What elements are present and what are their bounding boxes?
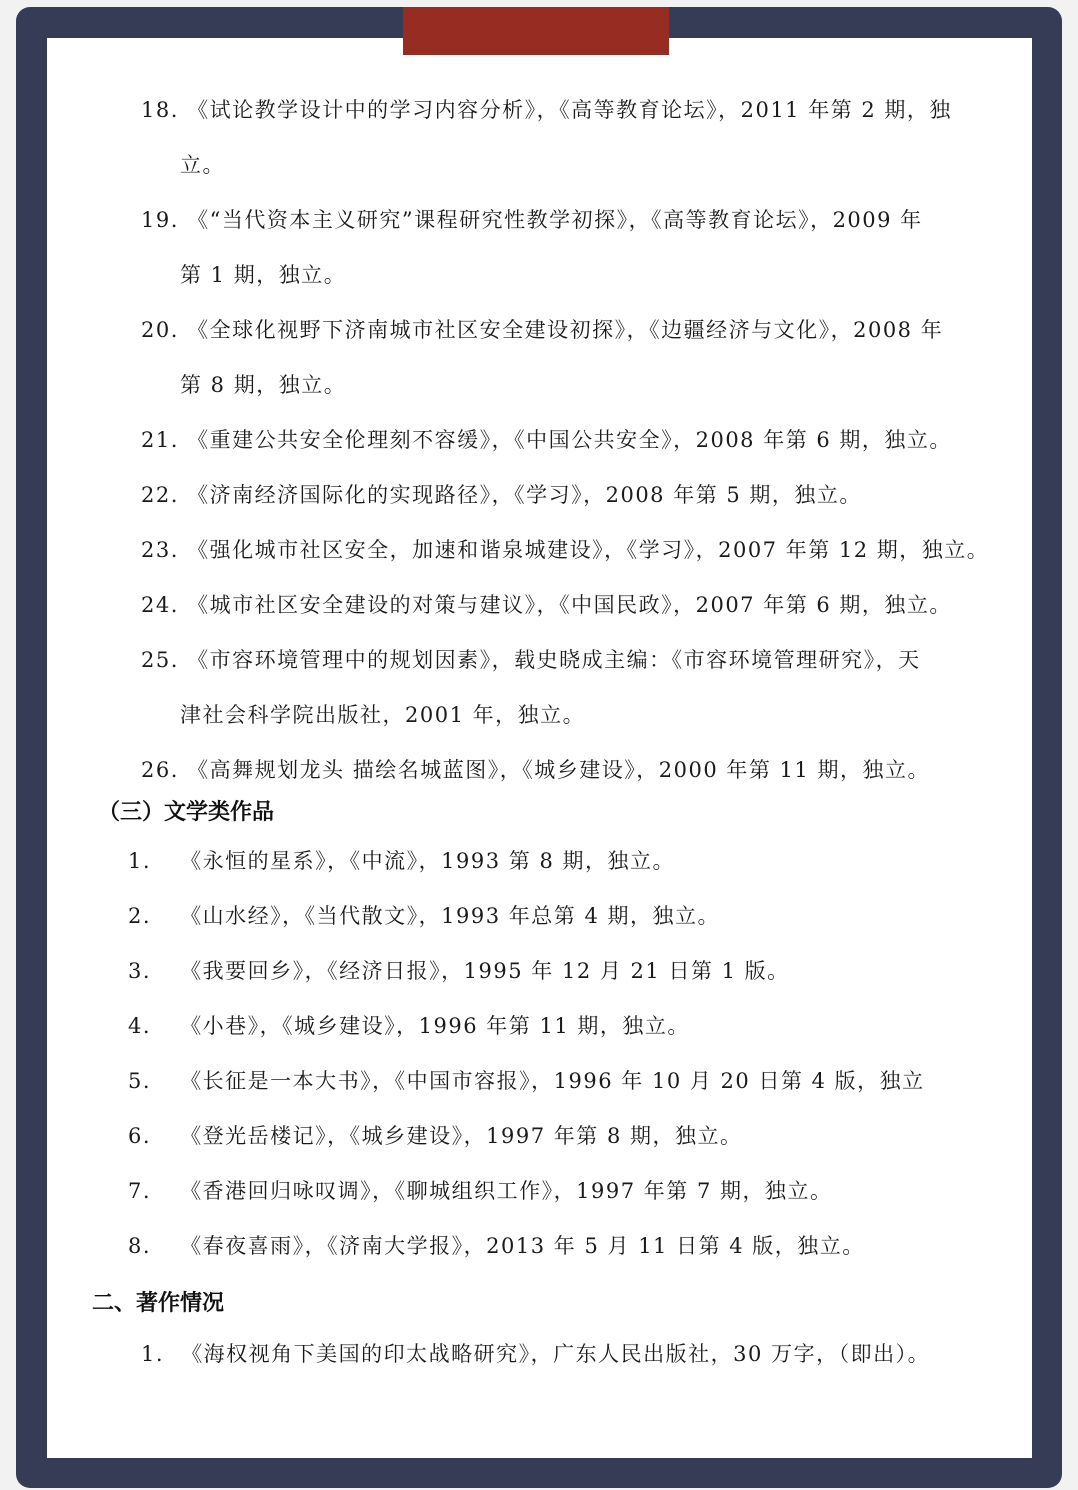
literary-item-7: 7. 《香港回归咏叹调》，《聊城组织工作》，1997 年第 7 期，独立。 — [128, 1178, 833, 1204]
paper-item-21: 21. 《重建公共安全伦理刻不容缓》，《中国公共安全》，2008 年第 6 期，… — [141, 427, 952, 453]
section-heading-books: 二、著作情况 — [92, 1290, 224, 1318]
paper-item-26: 26. 《高舞规划龙头 描绘名城蓝图》，《城乡建设》，2000 年第 11 期，… — [141, 757, 930, 783]
paper-item-23: 23. 《强化城市社区安全，加速和谐泉城建设》，《学习》，2007 年第 12 … — [141, 537, 989, 563]
item-number: 20. — [141, 317, 179, 343]
item-number: 3. — [128, 958, 172, 984]
section-heading-literary: （三）文学类作品 — [98, 799, 274, 827]
item-text: 《登光岳楼记》，《城乡建设》，1997 年第 8 期，独立。 — [180, 1124, 742, 1148]
item-text: 《山水经》，《当代散文》，1993 年总第 4 期，独立。 — [180, 904, 720, 928]
item-number: 23. — [141, 537, 179, 563]
literary-item-6: 6. 《登光岳楼记》，《城乡建设》，1997 年第 8 期，独立。 — [128, 1123, 743, 1149]
literary-item-4: 4. 《小巷》，《城乡建设》，1996 年第 11 期，独立。 — [128, 1013, 690, 1039]
item-text: 《重建公共安全伦理刻不容缓》，《中国公共安全》，2008 年第 6 期，独立。 — [187, 428, 952, 452]
item-number: 19. — [141, 207, 179, 233]
item-text: 《全球化视野下济南城市社区安全建设初探》，《边疆经济与文化》，2008 年 — [187, 318, 943, 342]
item-text: 《永恒的星系》，《中流》，1993 第 8 期，独立。 — [180, 849, 675, 873]
literary-item-3: 3. 《我要回乡》，《经济日报》，1995 年 12 月 21 日第 1 版。 — [128, 958, 790, 984]
item-number: 1. — [128, 848, 172, 874]
literary-item-2: 2. 《山水经》，《当代散文》，1993 年总第 4 期，独立。 — [128, 903, 720, 929]
literary-item-5: 5. 《长征是一本大书》，《中国市容报》，1996 年 10 月 20 日第 4… — [128, 1068, 925, 1094]
item-number: 4. — [128, 1013, 172, 1039]
item-number: 2. — [128, 903, 172, 929]
item-text: 《香港回归咏叹调》，《聊城组织工作》，1997 年第 7 期，独立。 — [180, 1179, 832, 1203]
item-text: 《市容环境管理中的规划因素》，载史晓成主编：《市容环境管理研究》，天 — [187, 648, 921, 672]
header-tab-decoration — [403, 7, 669, 55]
item-text: 《春夜喜雨》，《济南大学报》，2013 年 5 月 11 日第 4 版，独立。 — [180, 1234, 865, 1258]
item-number: 18. — [141, 97, 179, 123]
paper-item-18: 18. 《试论教学设计中的学习内容分析》，《高等教育论坛》，2011 年第 2 … — [141, 97, 952, 123]
item-number: 24. — [141, 592, 179, 618]
item-number: 1. — [141, 1341, 173, 1367]
literary-item-1: 1. 《永恒的星系》，《中流》，1993 第 8 期，独立。 — [128, 848, 675, 874]
paper-item-19: 19. 《“当代资本主义研究”课程研究性教学初探》，《高等教育论坛》，2009 … — [141, 207, 923, 233]
book-item-1: 1. 《海权视角下美国的印太战略研究》，广东人民出版社，30 万字，（即出）。 — [141, 1341, 930, 1367]
item-number: 7. — [128, 1178, 172, 1204]
item-number: 6. — [128, 1123, 172, 1149]
item-text: 《长征是一本大书》，《中国市容报》，1996 年 10 月 20 日第 4 版，… — [180, 1069, 924, 1093]
item-number: 21. — [141, 427, 179, 453]
item-text: 《试论教学设计中的学习内容分析》，《高等教育论坛》，2011 年第 2 期，独 — [187, 98, 952, 122]
item-number: 8. — [128, 1233, 172, 1259]
item-text: 《我要回乡》，《经济日报》，1995 年 12 月 21 日第 1 版。 — [180, 959, 789, 983]
paper-item-25-cont: 津社会科学院出版社，2001 年，独立。 — [180, 702, 585, 728]
item-text: 《海权视角下美国的印太战略研究》，广东人民出版社，30 万字，（即出）。 — [181, 1342, 930, 1366]
item-number: 22. — [141, 482, 179, 508]
literary-item-8: 8. 《春夜喜雨》，《济南大学报》，2013 年 5 月 11 日第 4 版，独… — [128, 1233, 865, 1259]
item-number: 25. — [141, 647, 179, 673]
paper-item-25: 25. 《市容环境管理中的规划因素》，载史晓成主编：《市容环境管理研究》，天 — [141, 647, 921, 673]
paper-item-20-cont: 第 8 期，独立。 — [180, 372, 346, 398]
item-text: 《城市社区安全建设的对策与建议》，《中国民政》，2007 年第 6 期，独立。 — [187, 593, 952, 617]
paper-item-24: 24. 《城市社区安全建设的对策与建议》，《中国民政》，2007 年第 6 期，… — [141, 592, 952, 618]
paper-item-18-cont: 立。 — [180, 152, 225, 178]
item-text: 《小巷》，《城乡建设》，1996 年第 11 期，独立。 — [180, 1014, 690, 1038]
item-text: 《“当代资本主义研究”课程研究性教学初探》，《高等教育论坛》，2009 年 — [187, 208, 923, 232]
item-number: 26. — [141, 757, 179, 783]
item-number: 5. — [128, 1068, 172, 1094]
item-text: 《济南经济国际化的实现路径》，《学习》，2008 年第 5 期，独立。 — [187, 483, 862, 507]
item-text: 《高舞规划龙头 描绘名城蓝图》，《城乡建设》，2000 年第 11 期，独立。 — [187, 758, 930, 782]
item-text: 《强化城市社区安全，加速和谐泉城建设》，《学习》，2007 年第 12 期，独立… — [187, 538, 989, 562]
paper-item-20: 20. 《全球化视野下济南城市社区安全建设初探》，《边疆经济与文化》，2008 … — [141, 317, 943, 343]
paper-item-19-cont: 第 1 期，独立。 — [180, 262, 346, 288]
paper-item-22: 22. 《济南经济国际化的实现路径》，《学习》，2008 年第 5 期，独立。 — [141, 482, 862, 508]
